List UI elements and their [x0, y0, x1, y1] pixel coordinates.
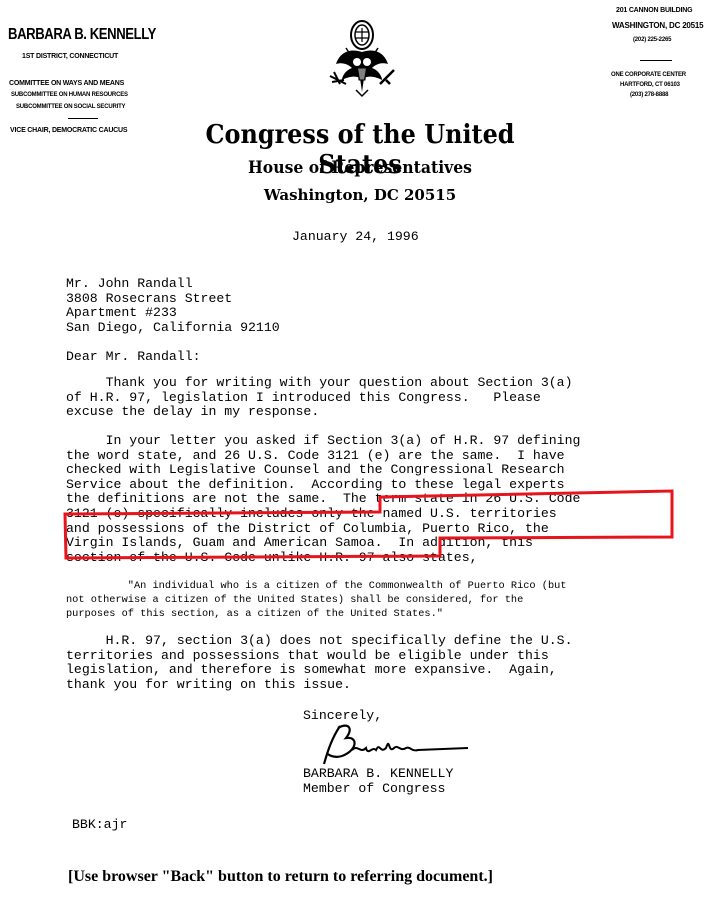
text-line: of H.R. 97, legislation I introduced thi… [66, 391, 572, 406]
text-line: Thank you for writing with your question… [66, 376, 572, 391]
quote-line: not otherwise a citizen of the United St… [66, 593, 567, 607]
text-line: excuse the delay in my response. [66, 405, 572, 420]
recipient-line: Apartment #233 [66, 306, 280, 321]
text-line: the definitions are not the same. The te… [66, 492, 580, 507]
district-label: 1ST DISTRICT, CONNECTICUT [22, 53, 118, 60]
text-line: territories and possessions that would b… [66, 649, 572, 664]
typist-initials: BBK:ajr [72, 818, 127, 833]
quote-line: "An individual who is a citizen of the C… [66, 579, 567, 593]
quote-line: purposes of this section, as a citizen o… [66, 607, 567, 621]
recipient-line: Mr. John Randall [66, 277, 280, 292]
letter-date: January 24, 1996 [292, 230, 419, 245]
signature [318, 720, 478, 770]
text-line: checked with Legislative Counsel and the… [66, 463, 580, 478]
committee-2: SUBCOMMITTEE ON HUMAN RESOURCES [11, 92, 128, 98]
text-line: H.R. 97, section 3(a) does not specifica… [66, 634, 572, 649]
recipient-address: Mr. John Randall 3808 Rosecrans Street A… [66, 277, 280, 335]
back-navigation-note: [Use browser "Back" button to return to … [68, 868, 493, 886]
text-line: 3121 (e) specifically includes only the … [66, 507, 580, 522]
congresswoman-name: BARBARA B. KENNELLY [8, 26, 156, 44]
signer-title: Member of Congress [303, 782, 445, 797]
recipient-line: San Diego, California 92110 [66, 321, 280, 336]
committee-3: SUBCOMMITTEE ON SOCIAL SECURITY [16, 104, 125, 110]
text-line: section of the U.S. Code unlike H.R. 97 … [66, 551, 580, 566]
dc-office-line-2: WASHINGTON, DC 20515 [612, 21, 703, 30]
ct-office-line-1: ONE CORPORATE CENTER [611, 72, 686, 78]
letterhead-city: Washington, DC 20515 [220, 186, 500, 204]
great-seal-eagle-icon [320, 18, 404, 100]
divider [640, 60, 672, 61]
signer-name: BARBARA B. KENNELLY [303, 767, 453, 782]
text-line: and possessions of the District of Colum… [66, 522, 580, 537]
block-quote: "An individual who is a citizen of the C… [66, 579, 567, 622]
text-line: thank you for writing on this issue. [66, 678, 572, 693]
paragraph-3: H.R. 97, section 3(a) does not specifica… [66, 634, 572, 692]
text-line: legislation, and therefore is somewhat m… [66, 663, 572, 678]
text-line: Virgin Islands, Guam and American Samoa.… [66, 536, 580, 551]
letterhead-subtitle: House of Representatives [213, 158, 507, 178]
committee-1: COMMITTEE ON WAYS AND MEANS [9, 80, 124, 87]
paragraph-1: Thank you for writing with your question… [66, 376, 572, 420]
dc-office-phone: (202) 225-2265 [633, 37, 671, 43]
salutation: Dear Mr. Randall: [66, 350, 201, 365]
text-line: Service about the definition. According … [66, 478, 580, 493]
divider [68, 118, 98, 119]
text-line: the word state, and 26 U.S. Code 3121 (e… [66, 449, 580, 464]
recipient-line: 3808 Rosecrans Street [66, 292, 280, 307]
caucus-role: VICE CHAIR, DEMOCRATIC CAUCUS [10, 127, 127, 134]
text-line: In your letter you asked if Section 3(a)… [66, 434, 580, 449]
ct-office-phone: (203) 278-8888 [630, 92, 668, 98]
paragraph-2: In your letter you asked if Section 3(a)… [66, 434, 580, 565]
dc-office-line-1: 201 CANNON BUILDING [616, 7, 692, 14]
ct-office-line-2: HARTFORD, CT 06103 [620, 82, 680, 88]
